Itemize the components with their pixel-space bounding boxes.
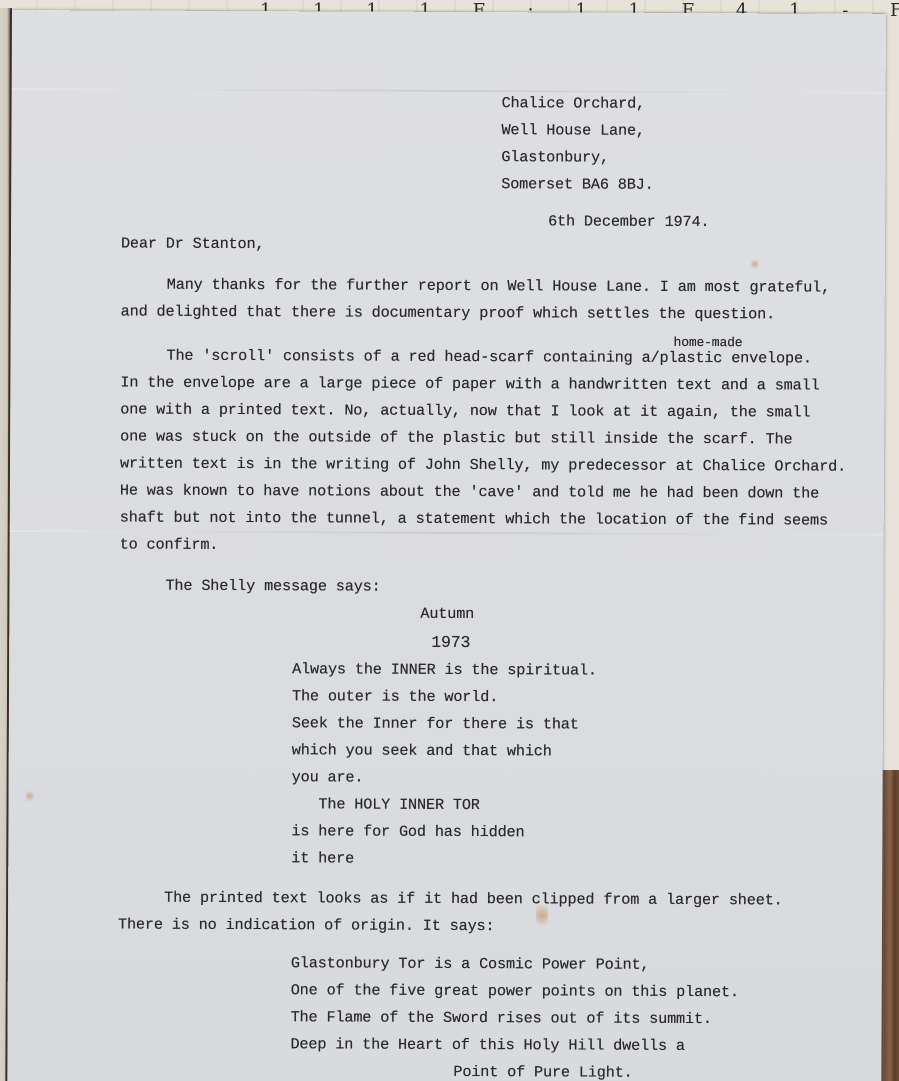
message-year: 1973	[431, 635, 470, 652]
quote-line: Glastonbury Tor is a Cosmic Power Point,	[291, 956, 650, 973]
text-line: The printed text looks as if it had been…	[164, 891, 783, 909]
salutation: Dear Dr Stanton,	[121, 236, 265, 252]
text-line: shaft but not into the tunnel, a stateme…	[120, 510, 828, 528]
quote-line: which you seek and that which	[292, 743, 552, 759]
address-line: Well House Lane,	[501, 123, 645, 139]
handwritten-insertion: home-made	[674, 336, 743, 349]
rust-stain	[751, 258, 759, 270]
quote-line: Always the INNER is the spiritual.	[292, 662, 597, 679]
text-line: Many thanks for the further report on We…	[167, 278, 830, 296]
text-line: There is no indication of origin. It say…	[118, 917, 495, 934]
address-line: Somerset BA6 8BJ.	[501, 177, 653, 193]
letter-date: 6th December 1974.	[548, 214, 709, 230]
quote-line: Seek the Inner for there is that	[292, 716, 579, 732]
quote-line: The HOLY INNER TOR	[292, 797, 480, 813]
quote-line: it here	[291, 851, 354, 866]
fold-line	[12, 88, 886, 94]
shelly-intro: The Shelly message says:	[165, 579, 380, 595]
text-line: one was stuck on the outside of the plas…	[120, 429, 792, 447]
quote-line: Deep in the Heart of this Holy Hill dwel…	[290, 1037, 684, 1054]
text-line: to confirm.	[120, 537, 219, 553]
quote-line: The outer is the world.	[292, 689, 498, 705]
quote-line: is here for God has hidden	[291, 824, 524, 840]
text-line: The 'scroll' consists of a red head-scar…	[166, 349, 811, 367]
address-line: Glastonbury,	[501, 150, 609, 166]
text-line: He was known to have notions about the '…	[120, 483, 819, 501]
typed-letter-page: Chalice Orchard, Well House Lane, Glasto…	[7, 10, 886, 1081]
text-line: one with a printed text. No, actually, n…	[120, 402, 810, 420]
quote-line: One of the five great power points on th…	[291, 983, 739, 1000]
quote-line: you are.	[292, 770, 364, 786]
text-line: and delighted that there is documentary …	[121, 304, 775, 322]
message-heading: Autumn	[420, 607, 474, 622]
quote-line: Point of Pure Light.	[453, 1065, 632, 1081]
text-line: written text is in the writing of John S…	[120, 456, 846, 474]
text-line: In the envelope are a large piece of pap…	[120, 375, 819, 393]
address-line: Chalice Orchard,	[502, 96, 646, 112]
rust-stain	[25, 790, 35, 802]
quote-line: The Flame of the Sword rises out of its …	[291, 1010, 712, 1027]
